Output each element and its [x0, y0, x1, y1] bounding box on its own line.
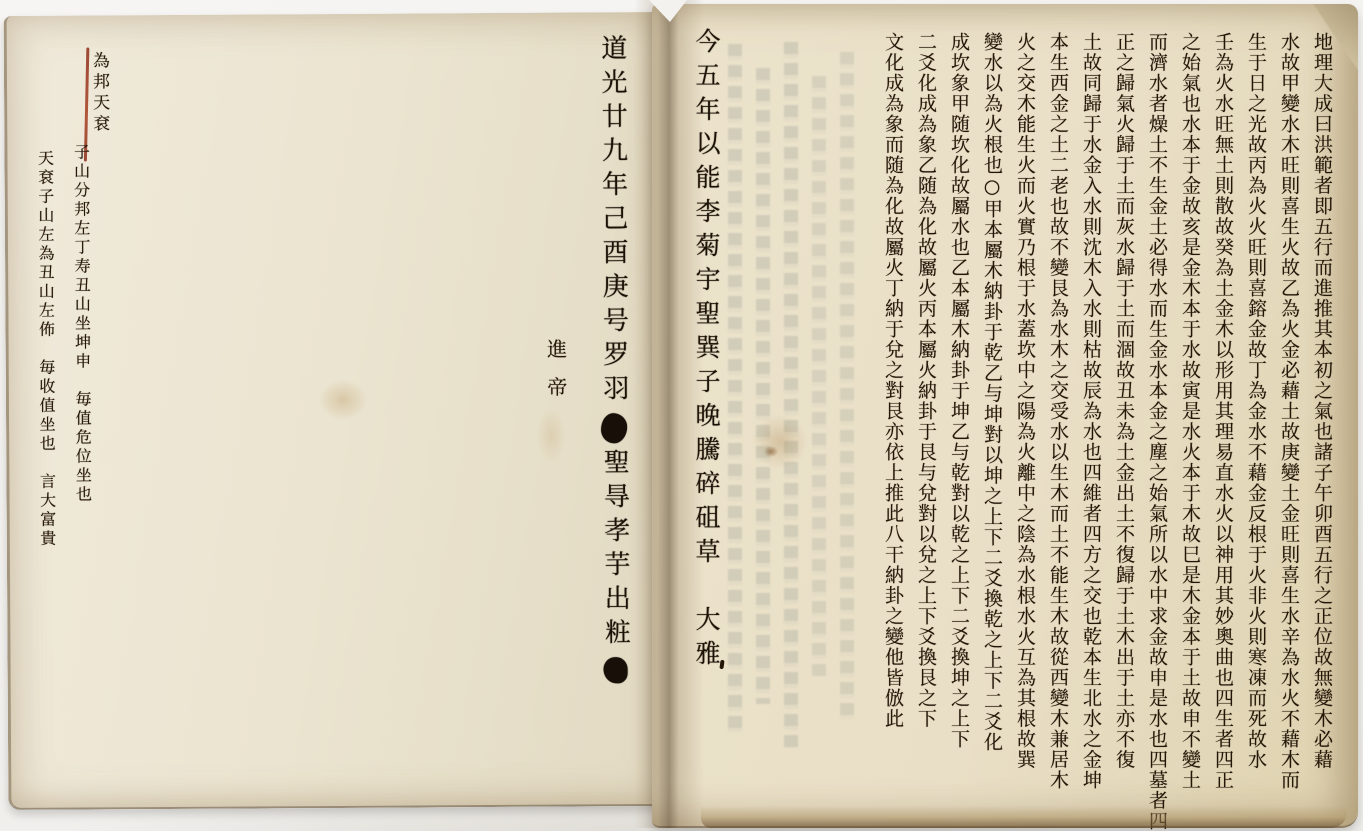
text-column: 之始氣也水本于金故亥是金木本于水故寅是水火本于木故巳是木金本于土故申不變土 — [1173, 32, 1206, 784]
ink-bleed-through-column — [812, 76, 826, 676]
date-text: 道光廿九年己酉庚号 — [597, 34, 629, 340]
corner-note-column-left: 天袞子山左為丑山左佈 毎收值坐也 言大富貴 — [33, 150, 58, 549]
text-column: 火之交木能生火而火實乃根于水蓋坎中之陽為火離中之陰為水根水火互為其根故巽 — [1008, 32, 1041, 784]
main-text-block: 地理大成曰洪範者即五行而進推其本初之氣也諸子午卯酉五行之正位故無變木必藉 水故甲… — [868, 32, 1338, 784]
ink-blot — [604, 657, 628, 683]
text-column: 成坎象甲随坎化故屬水也乙本屬木納卦于坤乙与乾對以乾之上下二爻換坤之上下 — [942, 32, 975, 784]
text-column: 壬為火水旺無土則散故癸為土金木以形用其理易直水火以神用其妙奧曲也四生者四正 — [1206, 32, 1239, 784]
ink-bleed-through-column — [784, 42, 798, 748]
paper-stain — [752, 414, 808, 470]
text-column: 地理大成曰洪範者即五行而進推其本初之氣也諸子午卯酉五行之正位故無變木必藉 — [1305, 32, 1338, 784]
corner-header-text: 為邦天袞 — [87, 51, 113, 135]
text-column: 文化成為象而随為化故屬火丁納于兌之對艮亦依上推此八干納卦之變他皆倣此 — [876, 32, 909, 784]
ink-blot — [601, 413, 627, 443]
text-column: 本生西金之土二老也故不變艮為水木之交受水以生木而土不能生木故從西變木兼居木 — [1041, 32, 1074, 784]
text-column: 變水以為火根也○甲本屬木納卦于乾乙与坤對以坤之上下二爻換乾之上下二爻化 — [975, 32, 1008, 784]
ink-bleed-through-column — [840, 52, 854, 724]
text-column: 二爻化成為象乙随為化故屬火丙本屬火納卦于艮与兌對以兌之上下爻換艮之下 — [909, 32, 942, 784]
colophon-column: 今五年以能李菊宇聖巽子晚騰碎砠草 大雅 — [688, 28, 724, 718]
side-note-column: 進帝 — [542, 339, 571, 415]
photo-backdrop: 為邦天袞 子山分邦左丁寿丑山坐坤申 毎值危位坐也 天袞子山左為丑山左佈 毎收值坐… — [0, 0, 1363, 831]
date-text-end: 聖㝵孝芋出粧 — [599, 448, 630, 652]
ink-bleed-through-column — [728, 44, 742, 734]
paper-stain-core — [764, 446, 778, 457]
text-column: 水故甲變水木旺則喜生火故乙為火金必藉土故庚變土金旺則喜生水辛為水火不藉木而 — [1272, 32, 1305, 784]
text-column: 土故同歸于水金入水則沈木入水則枯故辰為水也四維者四方之交也乾本生北水之金坤 — [1074, 32, 1107, 784]
ink-bleed-through-column — [756, 68, 770, 704]
right-page: 今五年以能李菊宇聖巽子晚騰碎砠草 大雅 地理大成曰洪範者即五行而進推其本初之氣也… — [652, 4, 1358, 828]
date-inscription-column: 道光廿九年己酉庚号罗羽聖㝵孝芋出粧 — [594, 34, 635, 724]
text-column: 而濟水者燥土不生金土必得水而生金水本金之塵之始氣所以水中求金故申是水也四墓者四 — [1140, 32, 1173, 784]
text-column: 生于日之光故丙為火火旺則喜鎔金故丁為金水不藉金反根于火非火則寒凍而死故水 — [1239, 32, 1272, 784]
paper-stain — [537, 409, 565, 463]
corner-note-column-right: 子山分邦左丁寿丑山坐坤申 毎值危位坐也 — [69, 143, 94, 504]
left-page: 為邦天袞 子山分邦左丁寿丑山坐坤申 毎值危位坐也 天袞子山左為丑山左佈 毎收值坐… — [4, 12, 662, 810]
date-text-mid: 罗羽 — [599, 340, 629, 408]
paper-stain — [319, 380, 367, 420]
text-column: 正之歸氣火歸于土而灰水歸于土而涸故丑未為土金出土不復歸于土木出于土亦不復 — [1107, 32, 1140, 784]
